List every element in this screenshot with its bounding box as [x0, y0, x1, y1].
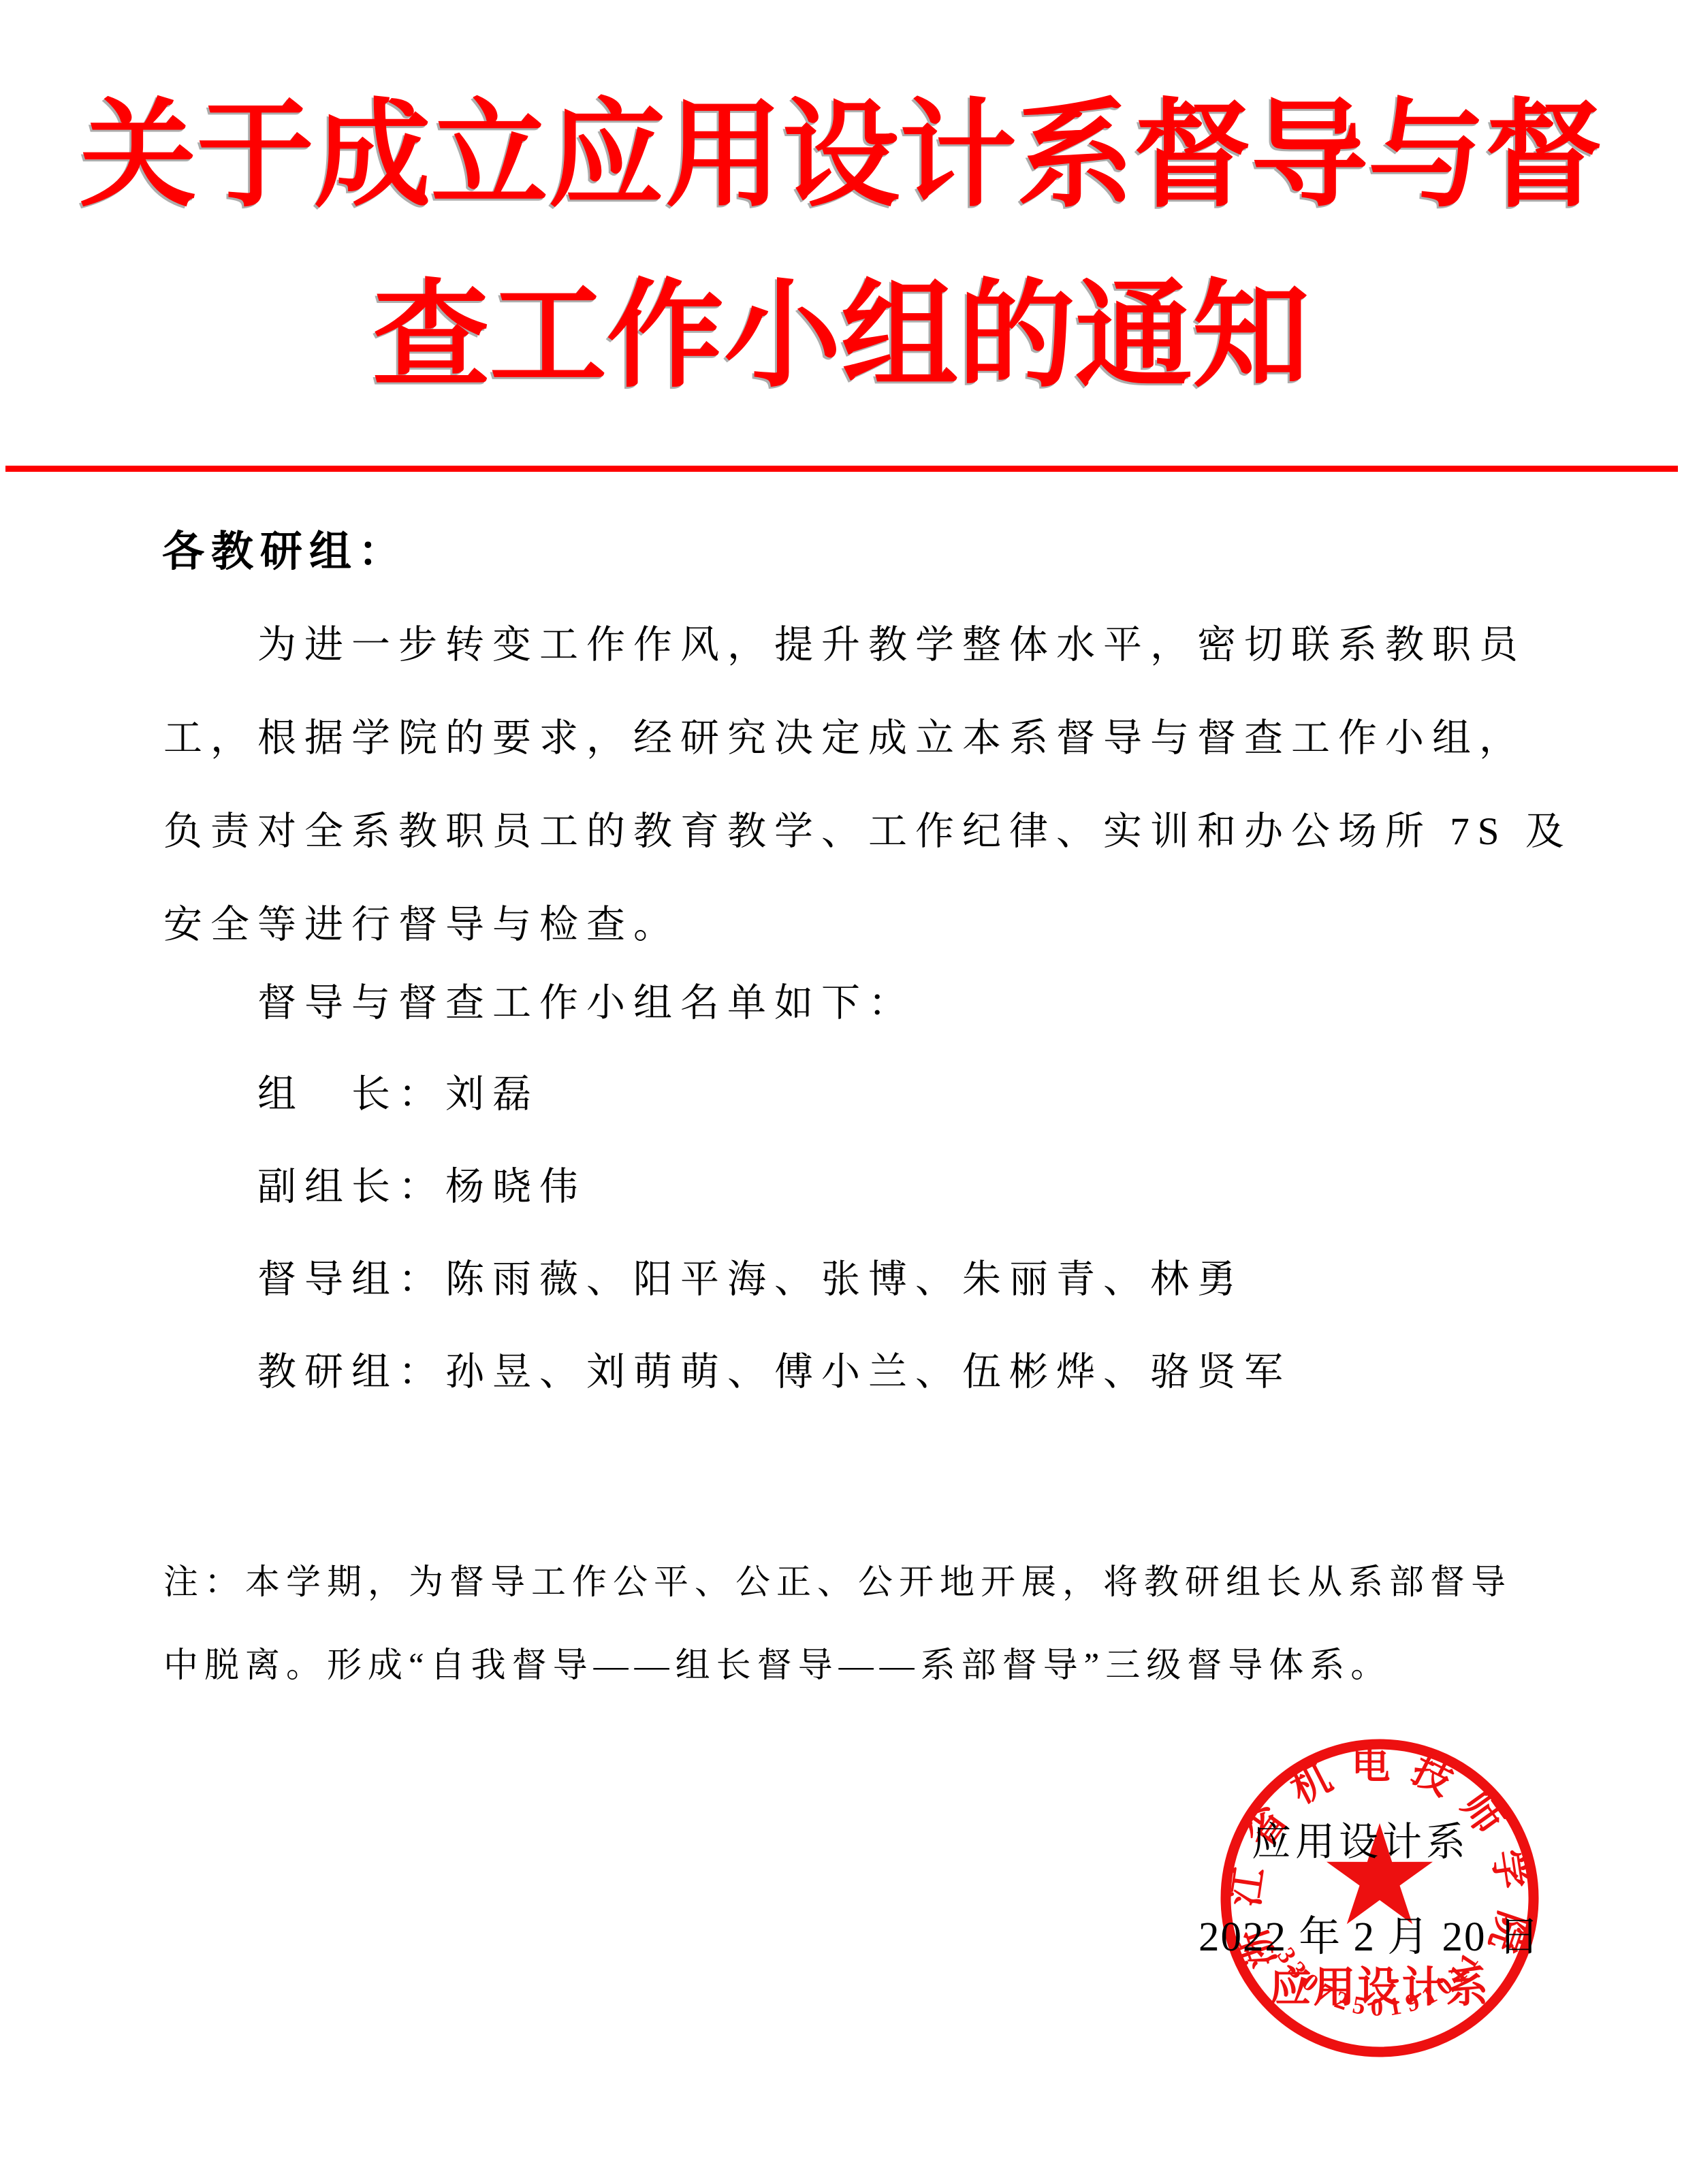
document-title-line1: 关于成立应用设计系督导与督	[0, 67, 1682, 247]
notice-document-page: 关于成立应用设计系督导与督 查工作小组的通知 各教研组： 为进一步转变工作作风，…	[0, 0, 1682, 2184]
document-title: 关于成立应用设计系督导与督 查工作小组的通知	[0, 67, 1682, 428]
red-divider-rule	[5, 466, 1678, 472]
note-line: 注：本学期，为督导工作公平、公正、公开地开展，将教研组长从系部督导	[163, 1561, 1532, 1605]
official-seal-stamp: 浙江省机电技师学院 应用设计系 3307250191011	[1216, 1735, 1543, 2061]
roster-supervision-group: 督导组：陈雨薇、阳平海、张博、朱丽青、林勇	[163, 1255, 1626, 1304]
roster-intro: 督导与督查工作小组名单如下：	[163, 979, 1626, 1028]
roster-leader: 组 长：刘磊	[163, 1070, 1626, 1119]
salutation: 各教研组：	[162, 517, 407, 578]
paragraph-line: 工，根据学院的要求，经研究决定成立本系督导与督查工作小组，	[163, 714, 1532, 763]
signature-department: 应用设计系	[1252, 1810, 1470, 1867]
signature-date: 2022 年 2 月 20 日	[1199, 1904, 1541, 1963]
paragraph-line: 为进一步转变工作作风，提升教学整体水平，密切联系教职员	[163, 621, 1626, 670]
paragraph-line: 负责对全系教职员工的教育教学、工作纪律、实训和办公场所 7S 及	[163, 807, 1532, 856]
paragraph-line: 安全等进行督导与检查。	[163, 901, 1532, 950]
document-title-line2: 查工作小组的通知	[0, 247, 1682, 428]
roster-teaching-group: 教研组：孙昱、刘萌萌、傅小兰、伍彬烨、骆贤军	[163, 1348, 1626, 1397]
note-line: 中脱离。形成“自我督导——组长督导——系部督导”三级督导体系。	[163, 1644, 1532, 1688]
roster-deputy: 副组长：杨晓伟	[163, 1163, 1626, 1212]
